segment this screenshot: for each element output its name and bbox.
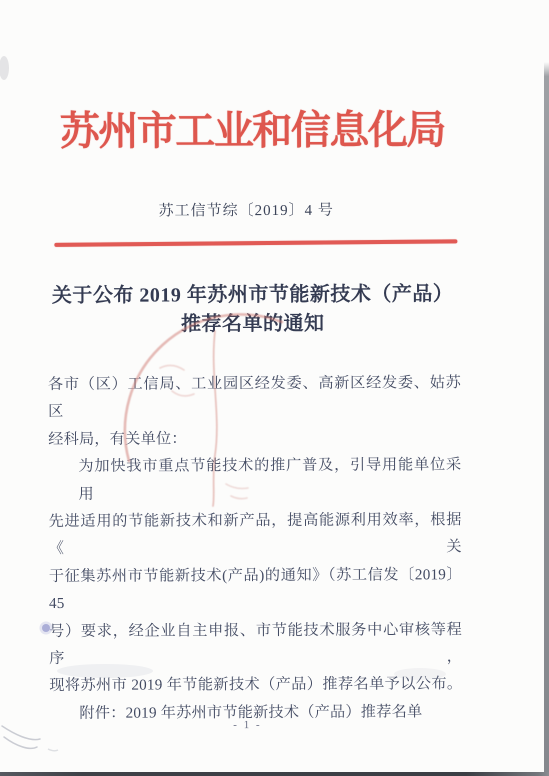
body-line: 号）要求，经企业自主申报、市节能技术服务中心审核等程序， (49, 616, 462, 673)
scan-edge-right (544, 62, 549, 776)
doc-number: 苏工信节综〔2019〕4 号 (0, 200, 493, 223)
page-number: - 1 - (1, 718, 493, 732)
scanned-page: 苏州市工业和信息化局 苏工信节综〔2019〕4 号 关于公布 2019 年苏州市… (0, 0, 549, 776)
doc-title-line-1: 关于公布 2019 年苏州市节能新技术（产品） (0, 280, 506, 311)
doc-title: 关于公布 2019 年苏州市节能新技术（产品） 推荐名单的通知 (0, 280, 506, 339)
body-line: 先进适用的节能新技术和新产品，提高能源利用效率，根据《关 (49, 506, 462, 563)
body-line: 现将苏州市 2019 年节能新技术（产品）推荐名单予以公布。 (49, 671, 462, 700)
body-line: 于征集苏州市节能新技术(产品)的通知》（苏工信发〔2019〕45 (49, 561, 462, 618)
body-line: 为加快我市重点节能技术的推广普及，引导用能单位采用 (48, 451, 461, 508)
document-content: 苏州市工业和信息化局 苏工信节综〔2019〕4 号 关于公布 2019 年苏州市… (0, 0, 549, 776)
body-line: 各市（区）工信局、工业园区经发委、高新区经发委、姑苏区 (48, 369, 461, 426)
red-divider-line (54, 239, 457, 246)
doc-title-line-2: 推荐名单的通知 (0, 308, 506, 339)
scan-edge-bottom (0, 772, 549, 776)
doc-body: 各市（区）工信局、工业园区经发委、高新区经发委、姑苏区 经科局，有关单位： 为加… (48, 369, 463, 727)
agency-name: 苏州市工业和信息化局 (0, 103, 506, 159)
body-line: 经科局，有关单位： (48, 424, 461, 453)
